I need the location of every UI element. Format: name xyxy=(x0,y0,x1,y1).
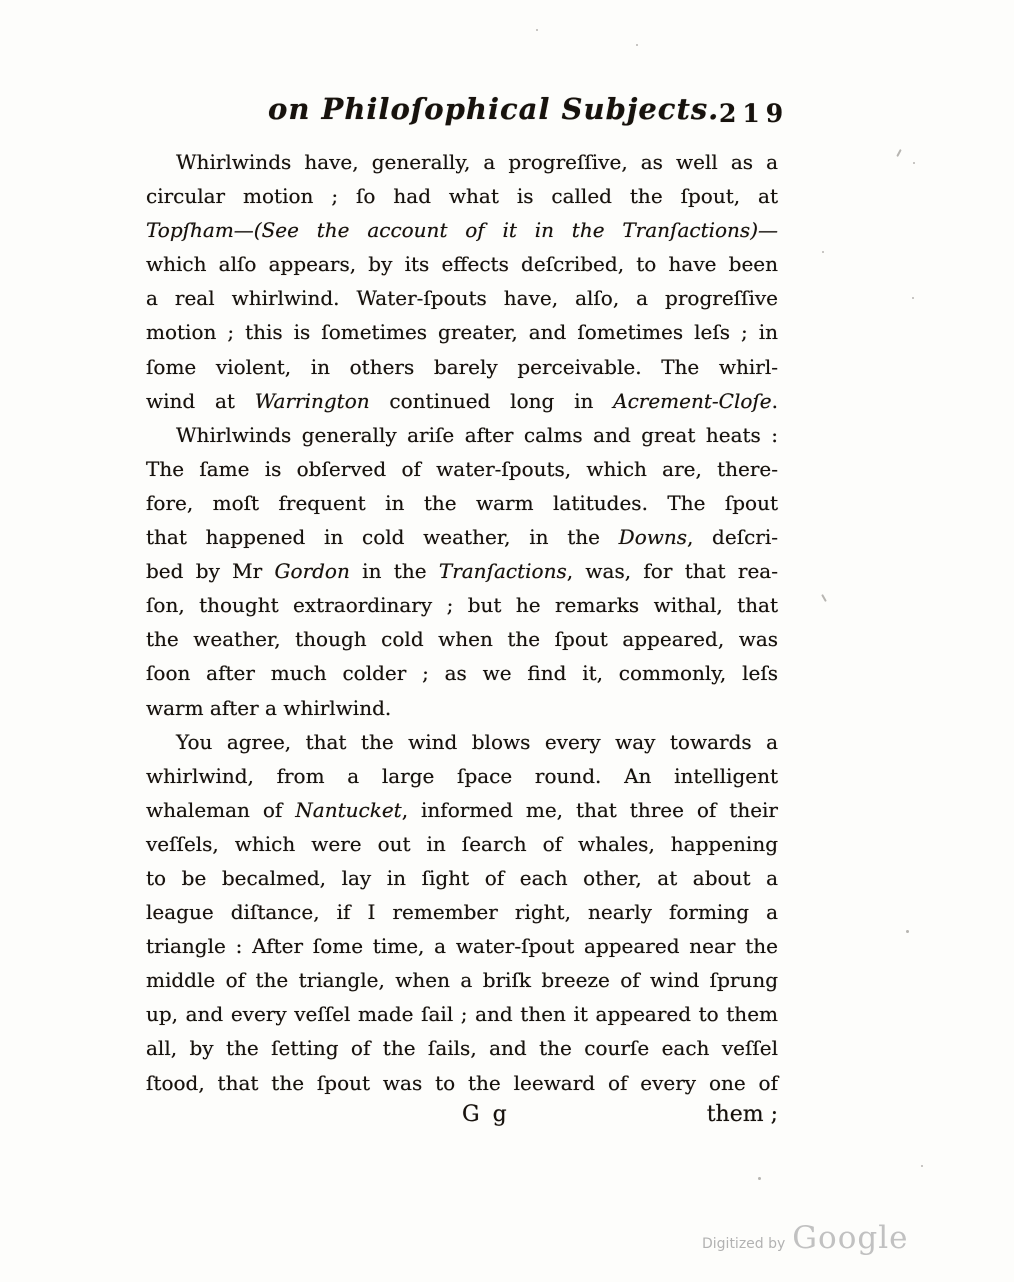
text-line: The ſame is obſerved of water-ſpouts, wh… xyxy=(146,454,778,488)
catchword: them ; xyxy=(707,1102,778,1127)
text-line: Whirlwinds generally ariſe after calms a… xyxy=(146,420,778,454)
text-line: the weather, though cold when the ſpout … xyxy=(146,624,778,658)
text-line: whirlwind, from a large ſpace round. An … xyxy=(146,761,778,795)
scan-speck xyxy=(921,1165,923,1167)
text-line: middle of the triangle, when a briſk bre… xyxy=(146,965,778,999)
scan-speck xyxy=(822,251,824,253)
watermark-prefix: Digitized by xyxy=(702,1236,785,1252)
scan-speck xyxy=(536,29,538,31)
scan-speck xyxy=(758,1177,761,1180)
google-logo: Google xyxy=(792,1220,908,1256)
text-line: all, by the ſetting of the ſails, and th… xyxy=(146,1033,778,1067)
scan-speck xyxy=(906,930,909,933)
text-line: wind at Warrington continued long in Acr… xyxy=(146,386,778,420)
text-line: motion ; this is ſometimes greater, and … xyxy=(146,317,778,351)
text-line: whaleman of Nantucket, informed me, that… xyxy=(146,795,778,829)
text-line: a real whirlwind. Water-ſpouts have, alſ… xyxy=(146,283,778,317)
page-number: 219 xyxy=(719,99,789,128)
text-line: to be becalmed, lay in ſight of each oth… xyxy=(146,863,778,897)
text-line: warm after a whirlwind. xyxy=(146,693,778,727)
text-line: ſoon after much colder ; as we find it, … xyxy=(146,658,778,692)
text-line: Topſham—(See the account of it in the Tr… xyxy=(146,215,778,249)
signature-line: G g them ; xyxy=(146,1102,778,1136)
text-line: bed by Mr Gordon in the Tranſactions, wa… xyxy=(146,556,778,590)
scan-speck xyxy=(821,594,827,602)
text-line: that happened in cold weather, in the Do… xyxy=(146,522,778,556)
scan-speck xyxy=(912,297,914,299)
text-line: up, and every veſſel made ſail ; and the… xyxy=(146,999,778,1033)
text-line: ſome violent, in others barely perceivab… xyxy=(146,352,778,386)
scan-speck xyxy=(913,162,915,164)
watermark: Digitized by Google xyxy=(702,1220,909,1256)
text-line: ſtood, that the ſpout was to the leeward… xyxy=(146,1068,778,1102)
page-body: Whirlwinds have, generally, a progreſſiv… xyxy=(146,147,778,1102)
scan-speck xyxy=(636,44,638,46)
text-line: which alſo appears, by its effects deſcr… xyxy=(146,249,778,283)
text-line: circular motion ; ſo had what is called … xyxy=(146,181,778,215)
book-page: on Philoſophical Subjects. 219 Whirlwind… xyxy=(0,0,1014,1282)
text-line: veſſels, which were out in ſearch of wha… xyxy=(146,829,778,863)
text-line: fore, moſt frequent in the warm latitude… xyxy=(146,488,778,522)
scan-speck xyxy=(896,149,902,157)
text-line: Whirlwinds have, generally, a progreſſiv… xyxy=(146,147,778,181)
text-line: league diſtance, if I remember right, ne… xyxy=(146,897,778,931)
running-title: on Philoſophical Subjects. xyxy=(268,92,719,126)
text-line: triangle : After ſome time, a water-ſpou… xyxy=(146,931,778,965)
text-line: You agree, that the wind blows every way… xyxy=(146,727,778,761)
text-line: ſon, thought extraordinary ; but he rema… xyxy=(146,590,778,624)
signature-mark: G g xyxy=(462,1102,510,1127)
